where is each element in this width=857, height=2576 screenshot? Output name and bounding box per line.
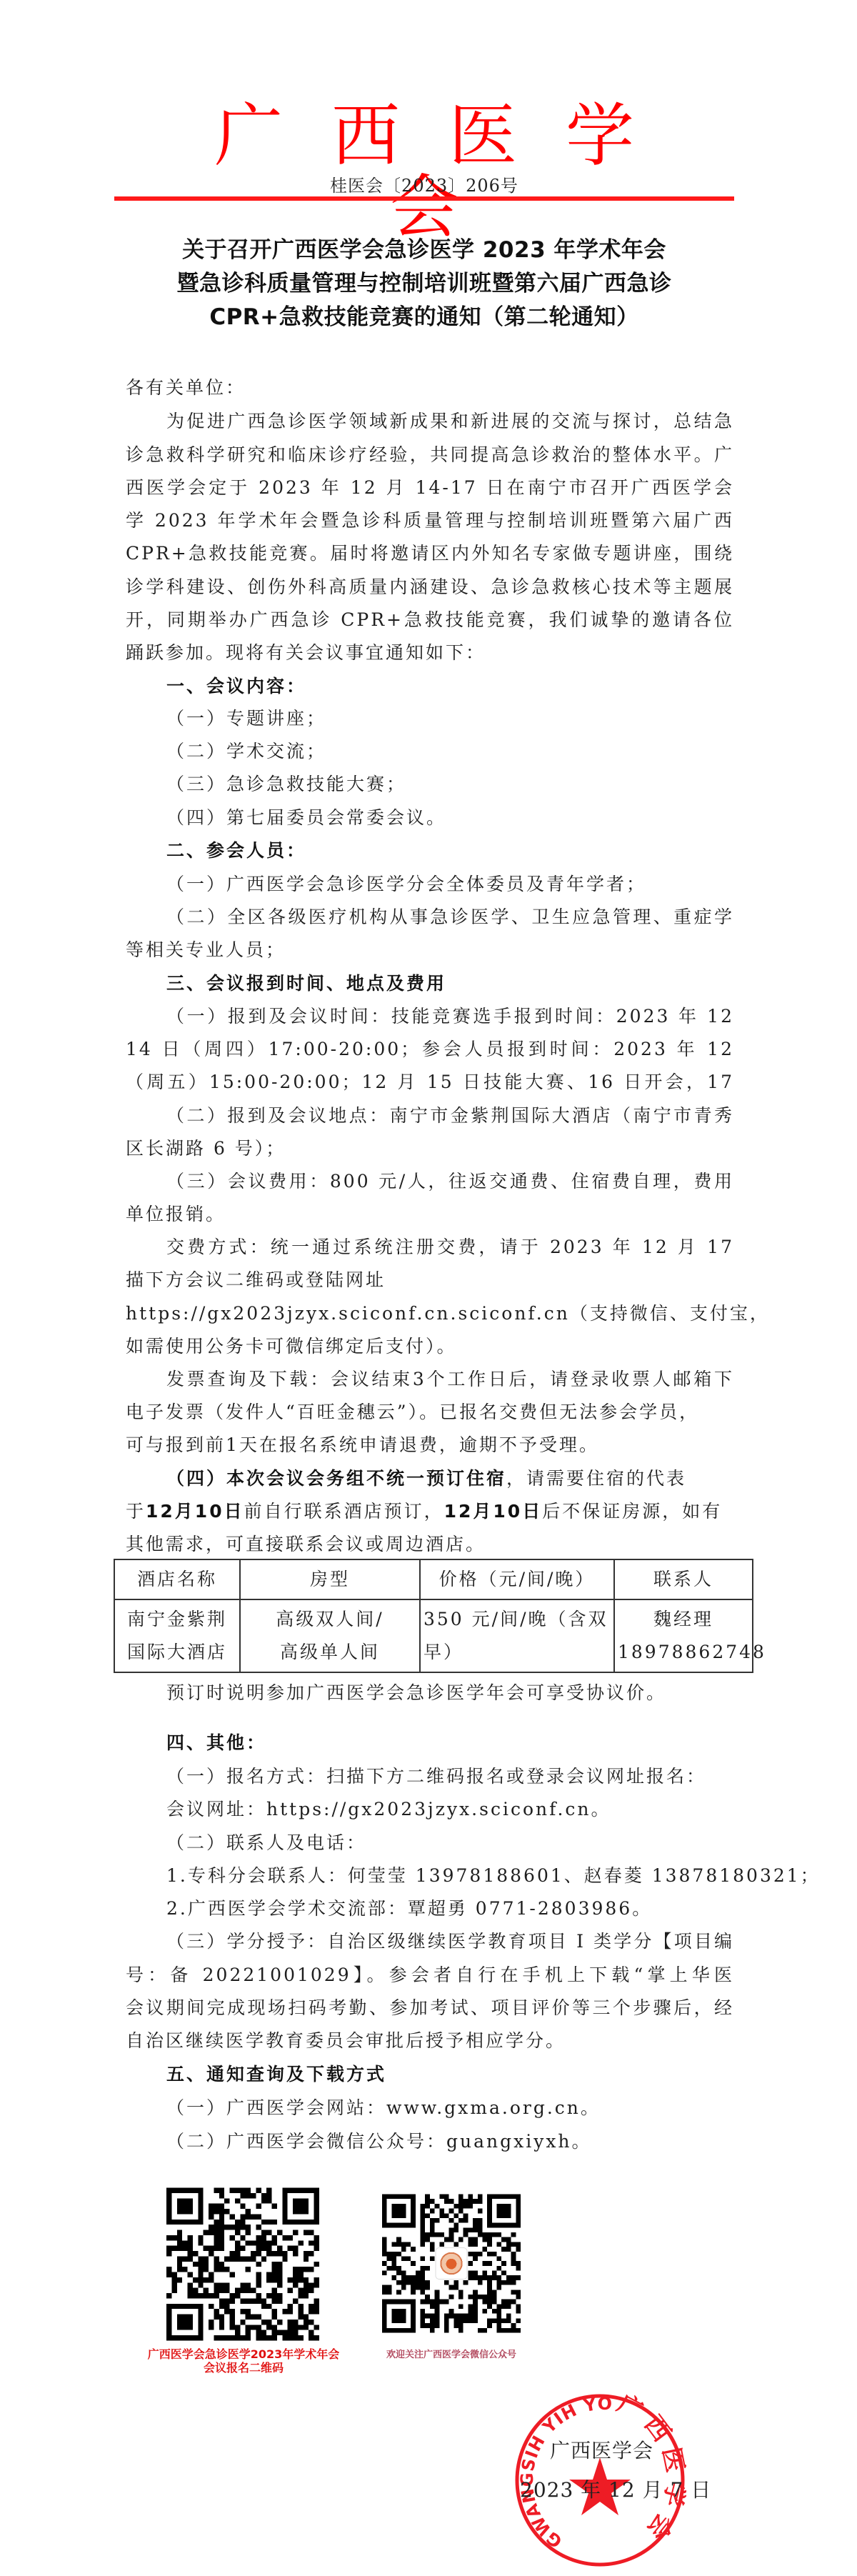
body-line: 单位报销。 (126, 1198, 734, 1231)
qr-code-icon (382, 2193, 521, 2334)
body-line: 开，同期举办广西急诊 CPR+急救技能竞赛，我们诚挚的邀请各位同道 (126, 604, 734, 636)
contact-cell: 魏经理 18978862748 (614, 1599, 753, 1672)
body-line: 交费方式：统一通过系统注册交费，请于 2023 年 12 月 17 日前扫 (166, 1231, 734, 1264)
body-line: 等相关专业人员； (126, 934, 734, 967)
body-line: 踊跃参加。现将有关会议事宜通知如下： (126, 636, 734, 669)
body-line: 自治区继续医学教育委员会审批后授予相应学分。 (126, 2025, 734, 2057)
qr-code-icon (166, 2187, 319, 2341)
hotel-name-line: 南宁金紫荆 (118, 1603, 236, 1636)
notice-title-line: 暨急诊科质量管理与控制培训班暨第六届广西急诊 (114, 267, 734, 301)
body-line: （二）学术交流； (166, 735, 734, 768)
emphasis-text: 12月10日 (444, 1501, 543, 1522)
body-line: （四）第七届委员会常委会议。 (166, 802, 734, 834)
body-line: （三）会议费用：800 元/人，往返交通费、住宿费自理，费用回 (166, 1165, 734, 1198)
signature-date: 2023 年 12 月 7 日 (520, 2478, 711, 2502)
body-line: （一）广西医学会急诊医学分会全体委员及青年学者； (166, 868, 734, 901)
caption-line: 会议报名二维码 (146, 2361, 341, 2375)
hotel-table: 酒店名称 房型 价格（元/间/晚） 联系人 南宁金紫荆 国际大酒店 高级双人间/… (114, 1559, 753, 1673)
table-header-cell: 房型 (240, 1559, 420, 1599)
registration-qr-caption: 广西医学会急诊医学2023年学术年会 会议报名二维码 (146, 2347, 341, 2375)
body-line: （一）报名方式：扫描下方二维码报名或登录会议网址报名： (166, 1760, 734, 1793)
body-line: （四）本次会议会务组不统一预订住宿，请需要住宿的代表 (166, 1462, 734, 1495)
wechat-qr-caption: 欢迎关注广西医学会微信公众号 (371, 2349, 531, 2362)
body-line: 可与报到前1天在报名系统申请退费，逾期不予受理。 (126, 1429, 734, 1462)
section-heading: 三、会议报到时间、地点及费用 (166, 967, 734, 1000)
hotel-name-cell: 南宁金紫荆 国际大酒店 (114, 1599, 240, 1672)
emphasis-text: 12月10日 (146, 1501, 244, 1522)
header-red-rule (114, 196, 734, 201)
body-line: 14 日（周四）17:00-20:00；参会人员报到时间：2023 年 12 月… (126, 1033, 734, 1066)
body-line: （二）联系人及电话： (166, 1827, 734, 1859)
table-header-cell: 酒店名称 (114, 1559, 240, 1599)
body-line: 预订时说明参加广西医学会急诊医学年会可享受协议价。 (166, 1677, 734, 1709)
body-line: 如需使用公务卡可微信绑定后支付）。 (126, 1330, 734, 1363)
body-line: 电子发票（发件人“百旺金穗云”）。已报名交费但无法参会学员， (126, 1396, 734, 1429)
room-type-line: 高级单人间 (244, 1636, 416, 1669)
section-heading: 二、参会人员： (166, 834, 734, 867)
body-line: 为促进广西急诊医学领域新成果和新进展的交流与探讨，总结急 (166, 405, 734, 438)
registration-qr-code[interactable] (166, 2187, 319, 2341)
signature-org: 广西医学会 (550, 2439, 653, 2463)
body-text: 前自行联系酒店预订， (244, 1501, 444, 1522)
hotel-name-line: 国际大酒店 (118, 1636, 236, 1669)
notice-title: 关于召开广西医学会急诊医学 2023 年学术年会 暨急诊科质量管理与控制培训班暨… (114, 234, 734, 334)
price-line: 早） (424, 1636, 611, 1669)
body-line: 于12月10日前自行联系酒店预订，12月10日后不保证房源，如有 (126, 1495, 734, 1528)
body-line: 区长湖路 6 号）； (126, 1132, 734, 1165)
body-line: 描下方会议二维码或登陆网址 (126, 1264, 734, 1297)
caption-line: 广西医学会急诊医学2023年学术年会 (146, 2347, 341, 2361)
body-line: （二）报到及会议地点：南宁市金紫荆国际大酒店（南宁市青秀 (166, 1099, 734, 1132)
org-title: 广西医学会 (114, 100, 734, 171)
body-line: （一）报到及会议时间：技能竞赛选手报到时间：2023 年 12 月 (166, 1000, 734, 1033)
notice-title-line: 关于召开广西医学会急诊医学 2023 年学术年会 (114, 234, 734, 267)
body-line: （二）广西医学会微信公众号：guangxiyxh。 (166, 2125, 734, 2158)
body-line: 诊学科建设、创伤外科高质量内涵建设、急诊急救核心技术等主题展 (126, 571, 734, 604)
body-line: 号：备 20221001029】。参会者自行在手机上下载“掌上华医 APP”， (126, 1959, 734, 1992)
body-line: CPR+急救技能竞赛。届时将邀请区内外知名专家做专题讲座，围绕急 (126, 537, 734, 570)
body-line: （一）广西医学会网站：www.gxma.org.cn。 (166, 2092, 734, 2125)
body-line: （二）全区各级医疗机构从事急诊医学、卫生应急管理、重症学 (166, 901, 734, 934)
table-header-cell: 价格（元/间/晚） (420, 1559, 614, 1599)
section-heading: 一、会议内容： (166, 670, 734, 703)
table-row: 南宁金紫荆 国际大酒店 高级双人间/ 高级单人间 350 元/间/晚（含双 早）… (114, 1599, 753, 1672)
body-line: （三）急诊急救技能大赛； (166, 768, 734, 801)
room-type-line: 高级双人间/ (244, 1603, 416, 1636)
section-heading: 四、其他： (166, 1727, 734, 1759)
body-text: ，请需要住宿的代表 (506, 1468, 686, 1489)
body-line: 会议网址：https://gx2023jzyx.sciconf.cn。 (166, 1793, 734, 1826)
table-header-cell: 联系人 (614, 1559, 753, 1599)
body-line: 西医学会定于 2023 年 12 月 14-17 日在南宁市召开广西医学会急诊医 (126, 471, 734, 504)
body-line: 2.广西医学会学术交流部：覃超勇 0771-2803986。 (166, 1892, 734, 1925)
notice-title-line: CPR+急救技能竞赛的通知（第二轮通知） (114, 301, 734, 334)
svg-text:广西医学会: 广西医学会 (613, 2393, 686, 2550)
body-line: 学 2023 年学术年会暨急诊科质量管理与控制培训班暨第六届广西急诊 (126, 504, 734, 537)
body-text: 后不保证房源，如有 (542, 1501, 722, 1522)
body-line: 各有关单位： (126, 371, 734, 404)
body-text: 于 (126, 1501, 146, 1522)
body-line: 1.专科分会联系人：何莹莹 13978188601、赵春菱 1387818032… (166, 1859, 734, 1892)
contact-name: 魏经理 (618, 1603, 749, 1636)
body-line: （一）专题讲座； (166, 702, 734, 735)
body-line: https://gx2023jzyx.sciconf.cn.sciconf.cn… (126, 1297, 734, 1330)
body-line: （三）学分授予：自治区级继续医学教育项目 I 类学分【项目编 (166, 1925, 734, 1958)
emphasis-text: （四）本次会议会务组不统一预订住宿 (166, 1468, 506, 1489)
body-line: 其他需求，可直接联系会议或周边酒店。 (126, 1528, 734, 1561)
price-line: 350 元/间/晚（含双 (424, 1603, 611, 1636)
seal-ring-chinese: 广西医学会 (613, 2393, 686, 2550)
body-line: 发票查询及下载：会议结束3个工作日后，请登录收票人邮箱下载 (166, 1363, 734, 1396)
section-heading: 五、通知查询及下载方式 (166, 2058, 734, 2091)
wechat-qr-code[interactable] (382, 2193, 521, 2334)
room-type-cell: 高级双人间/ 高级单人间 (240, 1599, 420, 1672)
table-header-row: 酒店名称 房型 价格（元/间/晚） 联系人 (114, 1559, 753, 1599)
price-cell: 350 元/间/晚（含双 早） (420, 1599, 614, 1672)
body-line: （周五）15:00-20:00；12 月 15 日技能大赛、16 日开会，17 … (126, 1066, 734, 1099)
body-line: 诊急救科学研究和临床诊疗经验，共同提高急诊救治的整体水平。广 (126, 439, 734, 471)
body-line: 会议期间完成现场扫码考勤、参加考试、项目评价等三个步骤后，经 (126, 1992, 734, 2025)
contact-phone: 18978862748 (618, 1636, 749, 1669)
doc-number: 桂医会〔2023〕206号 (114, 174, 734, 197)
